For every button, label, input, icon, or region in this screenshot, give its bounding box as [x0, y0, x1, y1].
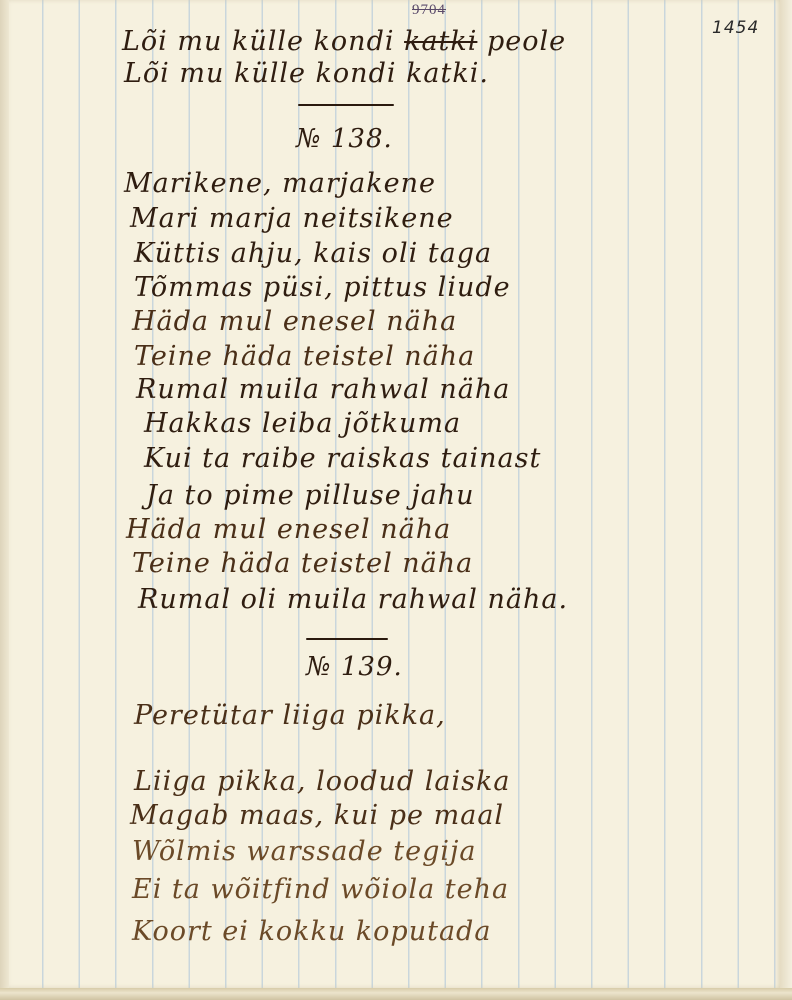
song-heading-139: № 139.	[306, 652, 403, 682]
song-138-line: Häda mul enesel näha	[132, 304, 457, 340]
song-138-line: Küttis ahju, kais oli taga	[134, 236, 492, 272]
song-138-line: Teine häda teistel näha	[132, 546, 473, 582]
section-divider	[306, 638, 388, 640]
struck-archive-number: 9704	[412, 2, 446, 19]
manuscript-page: 9704 1454 Lõi mu külle kondi katki peole…	[0, 0, 780, 988]
page-binding-edge	[0, 0, 9, 988]
fragment-line-1: Lõi mu külle kondi katki peole	[122, 24, 566, 60]
song-138-line: Rumal oli muila rahwal näha.	[138, 582, 568, 618]
song-139-line: Koort ei kokku koputada	[132, 914, 491, 950]
song-138-line: Rumal muila rahwal näha	[136, 372, 510, 408]
fragment-line-1-struck-word: katki	[404, 26, 477, 57]
fragment-line-2: Lõi mu külle kondi katki.	[124, 56, 489, 92]
fragment-line-1-after: peole	[477, 26, 566, 57]
song-138-line: Teine häda teistel näha	[134, 339, 475, 375]
fragment-line-1-before: Lõi mu külle kondi	[122, 26, 404, 57]
song-139-line: Ei ta wõitfind wõiola teha	[132, 872, 509, 908]
song-138-line: Tõmmas püsi, pittus liude	[134, 270, 511, 306]
song-139-line: Magab maas, kui pe maal	[130, 798, 504, 834]
section-divider	[298, 104, 394, 106]
song-138-line: Häda mul enesel näha	[126, 512, 451, 548]
song-139-line: Wõlmis warssade tegija	[132, 834, 476, 870]
song-138-line: Kui ta raibe raiskas tainast	[144, 441, 541, 477]
song-138-line: Ja to pime pilluse jahu	[146, 478, 475, 514]
page-number: 1454	[712, 18, 759, 38]
song-138-line: Marikene, marjakene	[124, 166, 436, 202]
song-139-line: Liiga pikka, loodud laiska	[134, 764, 510, 800]
song-139-line: Peretütar liiga pikka,	[134, 698, 446, 734]
page-bottom-edge	[0, 988, 792, 1000]
song-138-line: Hakkas leiba jõtkuma	[144, 406, 461, 442]
song-heading-138: № 138.	[296, 124, 393, 154]
song-138-line: Mari marja neitsikene	[130, 201, 454, 237]
page-right-edge	[780, 0, 792, 1000]
